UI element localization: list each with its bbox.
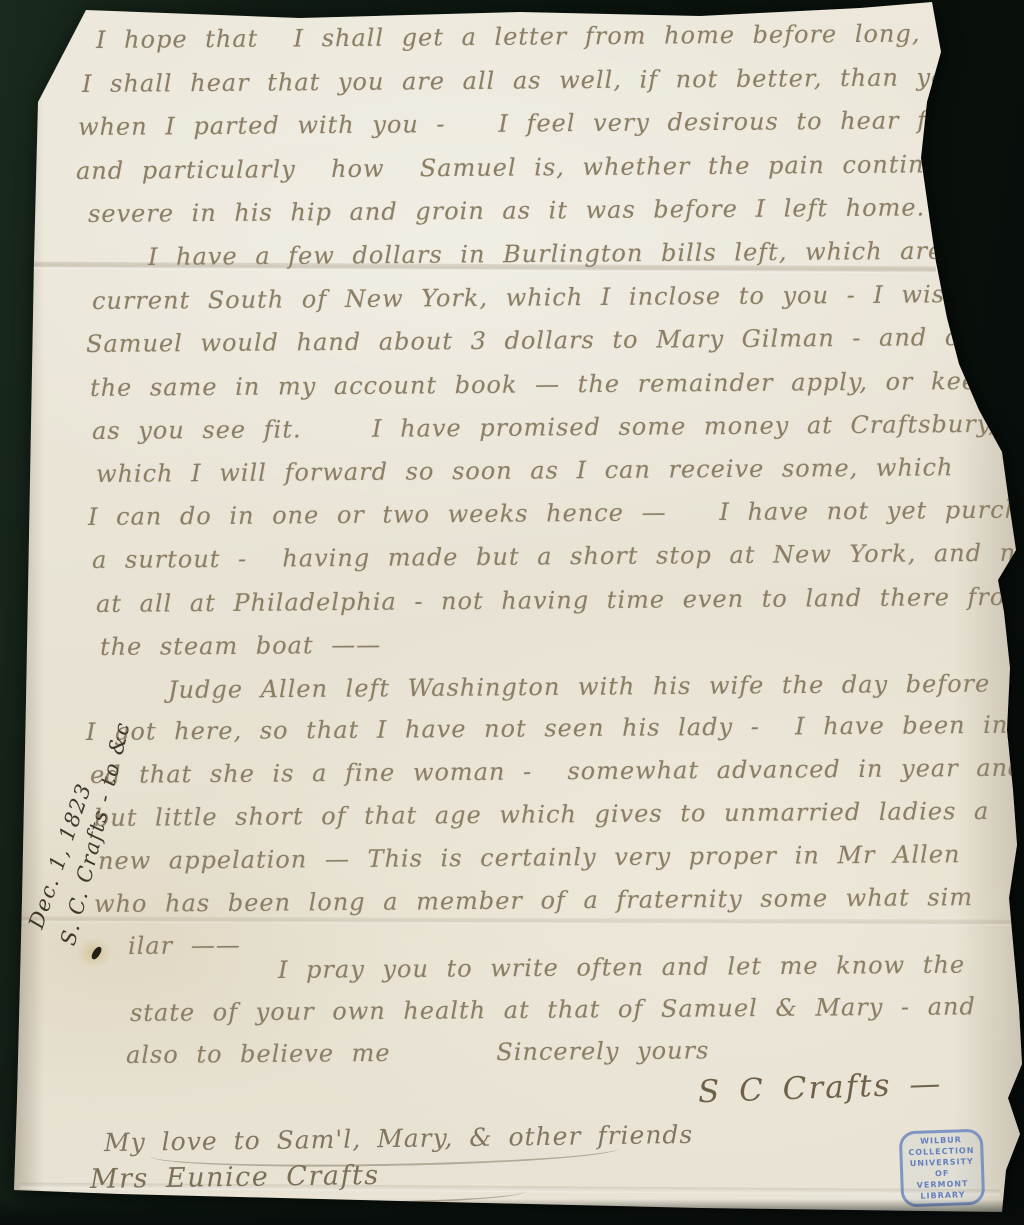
- letter-line: but little short of that age which gives…: [94, 797, 990, 832]
- letter-line: severe in his hip and groin as it was be…: [88, 193, 925, 228]
- letter-line: which I will forward so soon as I can re…: [96, 453, 954, 488]
- letter-line: a surtout - having made but a short stop…: [92, 538, 1024, 574]
- letter-line: the same in my account book — the remain…: [90, 367, 994, 402]
- letter-line: as you see fit. I have promised some mon…: [92, 410, 997, 445]
- letter-line: when I parted with you - I feel very des…: [78, 105, 1024, 141]
- paper-wrap: I hope that I shall get a letter from ho…: [0, 0, 1024, 1225]
- letter-line: who has been long a member of a fraterni…: [94, 883, 973, 918]
- letter-line: the steam boat ——: [100, 631, 381, 661]
- letter-line: I got here, so that I have not seen his …: [86, 710, 1024, 746]
- letter-body: I hope that I shall get a letter from ho…: [0, 0, 1024, 1225]
- stamp-text: LIBRARY: [904, 1189, 982, 1203]
- letter-line: I pray you to write often and let me kno…: [278, 951, 965, 984]
- letter-line: I shall hear that you are all as well, i…: [82, 63, 1002, 98]
- letter-line: new appelation — This is certainly very …: [98, 840, 961, 875]
- letter-line: also to believe me Sincerely yours: [126, 1036, 710, 1069]
- letter-line: state of your own health at that of Samu…: [130, 992, 976, 1027]
- letter-line: I hope that I shall get a letter from ho…: [96, 19, 986, 54]
- letter-line: ilar ——: [128, 931, 241, 960]
- pen-flourish: [96, 1178, 526, 1204]
- letter-line: I can do in one or two weeks hence — I h…: [88, 495, 1024, 531]
- photo-background: I hope that I shall get a letter from ho…: [0, 0, 1024, 1225]
- letter-line: current South of New York, which I inclo…: [92, 280, 1022, 315]
- letter-line: ed that she is a fine woman - somewhat a…: [90, 754, 1024, 789]
- library-stamp: WILBUR COLLECTION UNIVERSITY OF VERMONT …: [899, 1129, 986, 1208]
- letter-page: I hope that I shall get a letter from ho…: [0, 0, 1024, 1225]
- letter-line: I have a few dollars in Burlington bills…: [148, 236, 993, 271]
- letter-line: Samuel would hand about 3 dollars to Mar…: [86, 323, 1024, 358]
- letter-line: at all at Philadelphia - not having time…: [96, 583, 1024, 618]
- letter-line: and particularly how Samuel is, whether …: [76, 150, 1016, 185]
- letter-line: Judge Allen left Washington with his wif…: [168, 670, 991, 704]
